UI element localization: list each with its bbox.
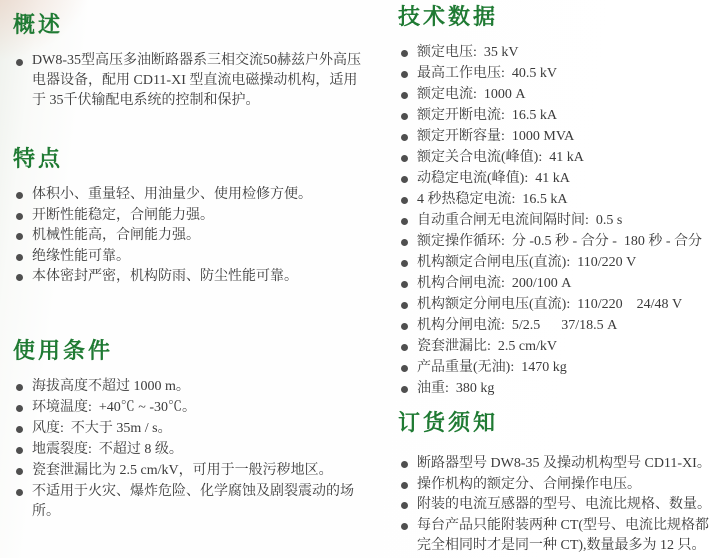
section-features: 特点 体积小、重量轻、用油量少、使用检修方便。开断性能稳定，合闸能力强。机械性能… <box>13 146 365 288</box>
list-item-text: 断路器型号 DW8-35 及操动机构型号 CD11-XI。 <box>417 456 711 471</box>
list-item: 产品重量(无油): 1470 kg <box>398 358 716 378</box>
list-item-text: 地震裂度: 不超过 8 级。 <box>32 442 183 457</box>
bullet-icon <box>401 281 408 288</box>
overview-list: DW8-35型高压多油断路器系三相交流50赫兹户外高压电器设备，配用 CD11-… <box>13 51 363 111</box>
list-item-text: 不适用于火灾、爆炸危险、化学腐蚀及剧裂震动的场所。 <box>32 484 354 519</box>
tech-data-list: 额定电压: 35 kV最高工作电压: 40.5 kV额定电流: 1000 A额定… <box>398 43 716 399</box>
list-item-text: 额定开断容量: 1000 MVA <box>417 129 574 144</box>
list-item: 断路器型号 DW8-35 及操动机构型号 CD11-XI。 <box>398 454 718 474</box>
ordering-title: 订货须知 <box>398 410 718 436</box>
list-item-text: 机构额定合闸电压(直流): 110/220 V <box>417 255 636 270</box>
list-item-text: 机构合闸电流: 200/100 A <box>417 276 571 291</box>
list-item: 海拔高度不超过 1000 m。 <box>13 377 369 397</box>
list-item: 动稳定电流(峰值): 41 kA <box>398 169 716 189</box>
bullet-icon <box>401 50 408 57</box>
list-item: 机构额定分闸电压(直流): 110/220 24/48 V <box>398 295 716 315</box>
conditions-list: 海拔高度不超过 1000 m。环境温度: +40℃ ~ -30℃。风度: 不大于… <box>13 377 369 522</box>
list-item-text: DW8-35型高压多油断路器系三相交流50赫兹户外高压电器设备，配用 CD11-… <box>32 53 361 108</box>
list-item-text: 开断性能稳定，合闸能力强。 <box>32 208 214 223</box>
bullet-icon <box>16 233 23 240</box>
list-item-text: 油重: 380 kg <box>417 381 494 396</box>
bullet-icon <box>16 426 23 433</box>
list-item-text: 额定操作循环: 分 -0.5 秒 - 合分 - 180 秒 - 合分 <box>417 234 702 249</box>
list-item-text: 最高工作电压: 40.5 kV <box>417 66 557 81</box>
list-item: 本体密封严密，机构防雨、防尘性能可靠。 <box>13 267 365 287</box>
bullet-icon <box>401 239 408 246</box>
section-usage-conditions: 使用条件 海拔高度不超过 1000 m。环境温度: +40℃ ~ -30℃。风度… <box>13 338 369 523</box>
list-item-text: 产品重量(无油): 1470 kg <box>417 360 567 375</box>
tech-title: 技术数据 <box>398 4 716 30</box>
list-item: 额定关合电流(峰值): 41 kA <box>398 148 716 168</box>
bullet-icon <box>16 447 23 454</box>
list-item: 额定电压: 35 kV <box>398 43 716 63</box>
bullet-icon <box>16 213 23 220</box>
bullet-icon <box>16 405 23 412</box>
list-item: 最高工作电压: 40.5 kV <box>398 64 716 84</box>
section-ordering-notes: 订货须知 断路器型号 DW8-35 及操动机构型号 CD11-XI。操作机构的额… <box>398 410 718 556</box>
list-item-text: 额定关合电流(峰值): 41 kA <box>417 150 584 165</box>
list-item-text: 瓷套泄漏比为 2.5 cm/kV，可用于一般污秽地区。 <box>32 463 333 478</box>
list-item: 机构分闸电流: 5/2.5 37/18.5 A <box>398 316 716 336</box>
overview-title: 概述 <box>13 12 363 38</box>
bullet-icon <box>16 192 23 199</box>
bullet-icon <box>401 260 408 267</box>
bullet-icon <box>401 176 408 183</box>
list-item: 额定操作循环: 分 -0.5 秒 - 合分 - 180 秒 - 合分 <box>398 232 716 252</box>
bullet-icon <box>401 218 408 225</box>
bullet-icon <box>16 384 23 391</box>
bullet-icon <box>401 502 408 509</box>
list-item: 额定开断容量: 1000 MVA <box>398 127 716 147</box>
list-item-text: 本体密封严密，机构防雨、防尘性能可靠。 <box>32 269 298 284</box>
list-item-text: 操作机构的额定分、合闸操作电压。 <box>417 477 641 492</box>
list-item-text: 附装的电流互感器的型号、电流比规格、数量。 <box>417 497 711 512</box>
list-item: 额定开断电流: 16.5 kA <box>398 106 716 126</box>
list-item-text: 额定电压: 35 kV <box>417 45 519 60</box>
list-item-text: 绝缘性能可靠。 <box>32 249 130 264</box>
document-page: 概述 DW8-35型高压多油断路器系三相交流50赫兹户外高压电器设备，配用 CD… <box>0 0 718 558</box>
list-item: 风度: 不大于 35m / s。 <box>13 419 369 439</box>
bullet-icon <box>16 59 23 66</box>
list-item: 瓷套泄漏比: 2.5 cm/kV <box>398 337 716 357</box>
ordering-list: 断路器型号 DW8-35 及操动机构型号 CD11-XI。操作机构的额定分、合闸… <box>398 454 718 556</box>
bullet-icon <box>16 468 23 475</box>
bullet-icon <box>401 365 408 372</box>
bullet-icon <box>401 155 408 162</box>
bullet-icon <box>401 71 408 78</box>
list-item-text: 体积小、重量轻、用油量少、使用检修方便。 <box>32 187 312 202</box>
list-item-text: 机械性能高，合闸能力强。 <box>32 228 200 243</box>
list-item: 每台产品只能附装两种 CT(型号、电流比规格都完全相同时才是同一种 CT),数量… <box>398 516 718 556</box>
list-item: 体积小、重量轻、用油量少、使用检修方便。 <box>13 185 365 205</box>
bullet-icon <box>401 461 408 468</box>
list-item-text: 瓷套泄漏比: 2.5 cm/kV <box>417 339 557 354</box>
list-item: 机械性能高，合闸能力强。 <box>13 226 365 246</box>
list-item-text: 海拔高度不超过 1000 m。 <box>32 379 190 394</box>
section-overview: 概述 DW8-35型高压多油断路器系三相交流50赫兹户外高压电器设备，配用 CD… <box>13 12 363 111</box>
list-item: 机构额定合闸电压(直流): 110/220 V <box>398 253 716 273</box>
list-item-text: 动稳定电流(峰值): 41 kA <box>417 171 570 186</box>
list-item: 开断性能稳定，合闸能力强。 <box>13 206 365 226</box>
list-item-text: 自动重合闸无电流间隔时间: 0.5 s <box>417 213 622 228</box>
bullet-icon <box>401 523 408 530</box>
list-item-text: 机构额定分闸电压(直流): 110/220 24/48 V <box>417 297 682 312</box>
bullet-icon <box>401 323 408 330</box>
list-item: 附装的电流互感器的型号、电流比规格、数量。 <box>398 495 718 515</box>
list-item: 4 秒热稳定电流: 16.5 kA <box>398 190 716 210</box>
list-item: 瓷套泄漏比为 2.5 cm/kV，可用于一般污秽地区。 <box>13 461 369 481</box>
list-item-text: 机构分闸电流: 5/2.5 37/18.5 A <box>417 318 617 333</box>
list-item: 自动重合闸无电流间隔时间: 0.5 s <box>398 211 716 231</box>
list-item-text: 额定开断电流: 16.5 kA <box>417 108 557 123</box>
list-item: 油重: 380 kg <box>398 379 716 399</box>
bullet-icon <box>16 254 23 261</box>
bullet-icon <box>401 92 408 99</box>
list-item: 机构合闸电流: 200/100 A <box>398 274 716 294</box>
bullet-icon <box>401 386 408 393</box>
list-item-text: 每台产品只能附装两种 CT(型号、电流比规格都完全相同时才是同一种 CT),数量… <box>417 518 709 553</box>
list-item: 操作机构的额定分、合闸操作电压。 <box>398 475 718 495</box>
bullet-icon <box>401 344 408 351</box>
list-item-text: 4 秒热稳定电流: 16.5 kA <box>417 192 568 207</box>
list-item: 环境温度: +40℃ ~ -30℃。 <box>13 398 369 418</box>
bullet-icon <box>401 482 408 489</box>
list-item-text: 额定电流: 1000 A <box>417 87 526 102</box>
list-item: DW8-35型高压多油断路器系三相交流50赫兹户外高压电器设备，配用 CD11-… <box>13 51 363 111</box>
list-item: 绝缘性能可靠。 <box>13 247 365 267</box>
list-item: 额定电流: 1000 A <box>398 85 716 105</box>
bullet-icon <box>401 113 408 120</box>
list-item: 不适用于火灾、爆炸危险、化学腐蚀及剧裂震动的场所。 <box>13 482 369 522</box>
bullet-icon <box>401 197 408 204</box>
bullet-icon <box>401 134 408 141</box>
section-technical-data: 技术数据 额定电压: 35 kV最高工作电压: 40.5 kV额定电流: 100… <box>398 4 716 400</box>
features-list: 体积小、重量轻、用油量少、使用检修方便。开断性能稳定，合闸能力强。机械性能高，合… <box>13 185 365 287</box>
features-title: 特点 <box>13 146 365 172</box>
list-item-text: 环境温度: +40℃ ~ -30℃。 <box>32 400 196 415</box>
conditions-title: 使用条件 <box>13 338 369 364</box>
bullet-icon <box>401 302 408 309</box>
bullet-icon <box>16 489 23 496</box>
list-item-text: 风度: 不大于 35m / s。 <box>32 421 172 436</box>
list-item: 地震裂度: 不超过 8 级。 <box>13 440 369 460</box>
bullet-icon <box>16 274 23 281</box>
